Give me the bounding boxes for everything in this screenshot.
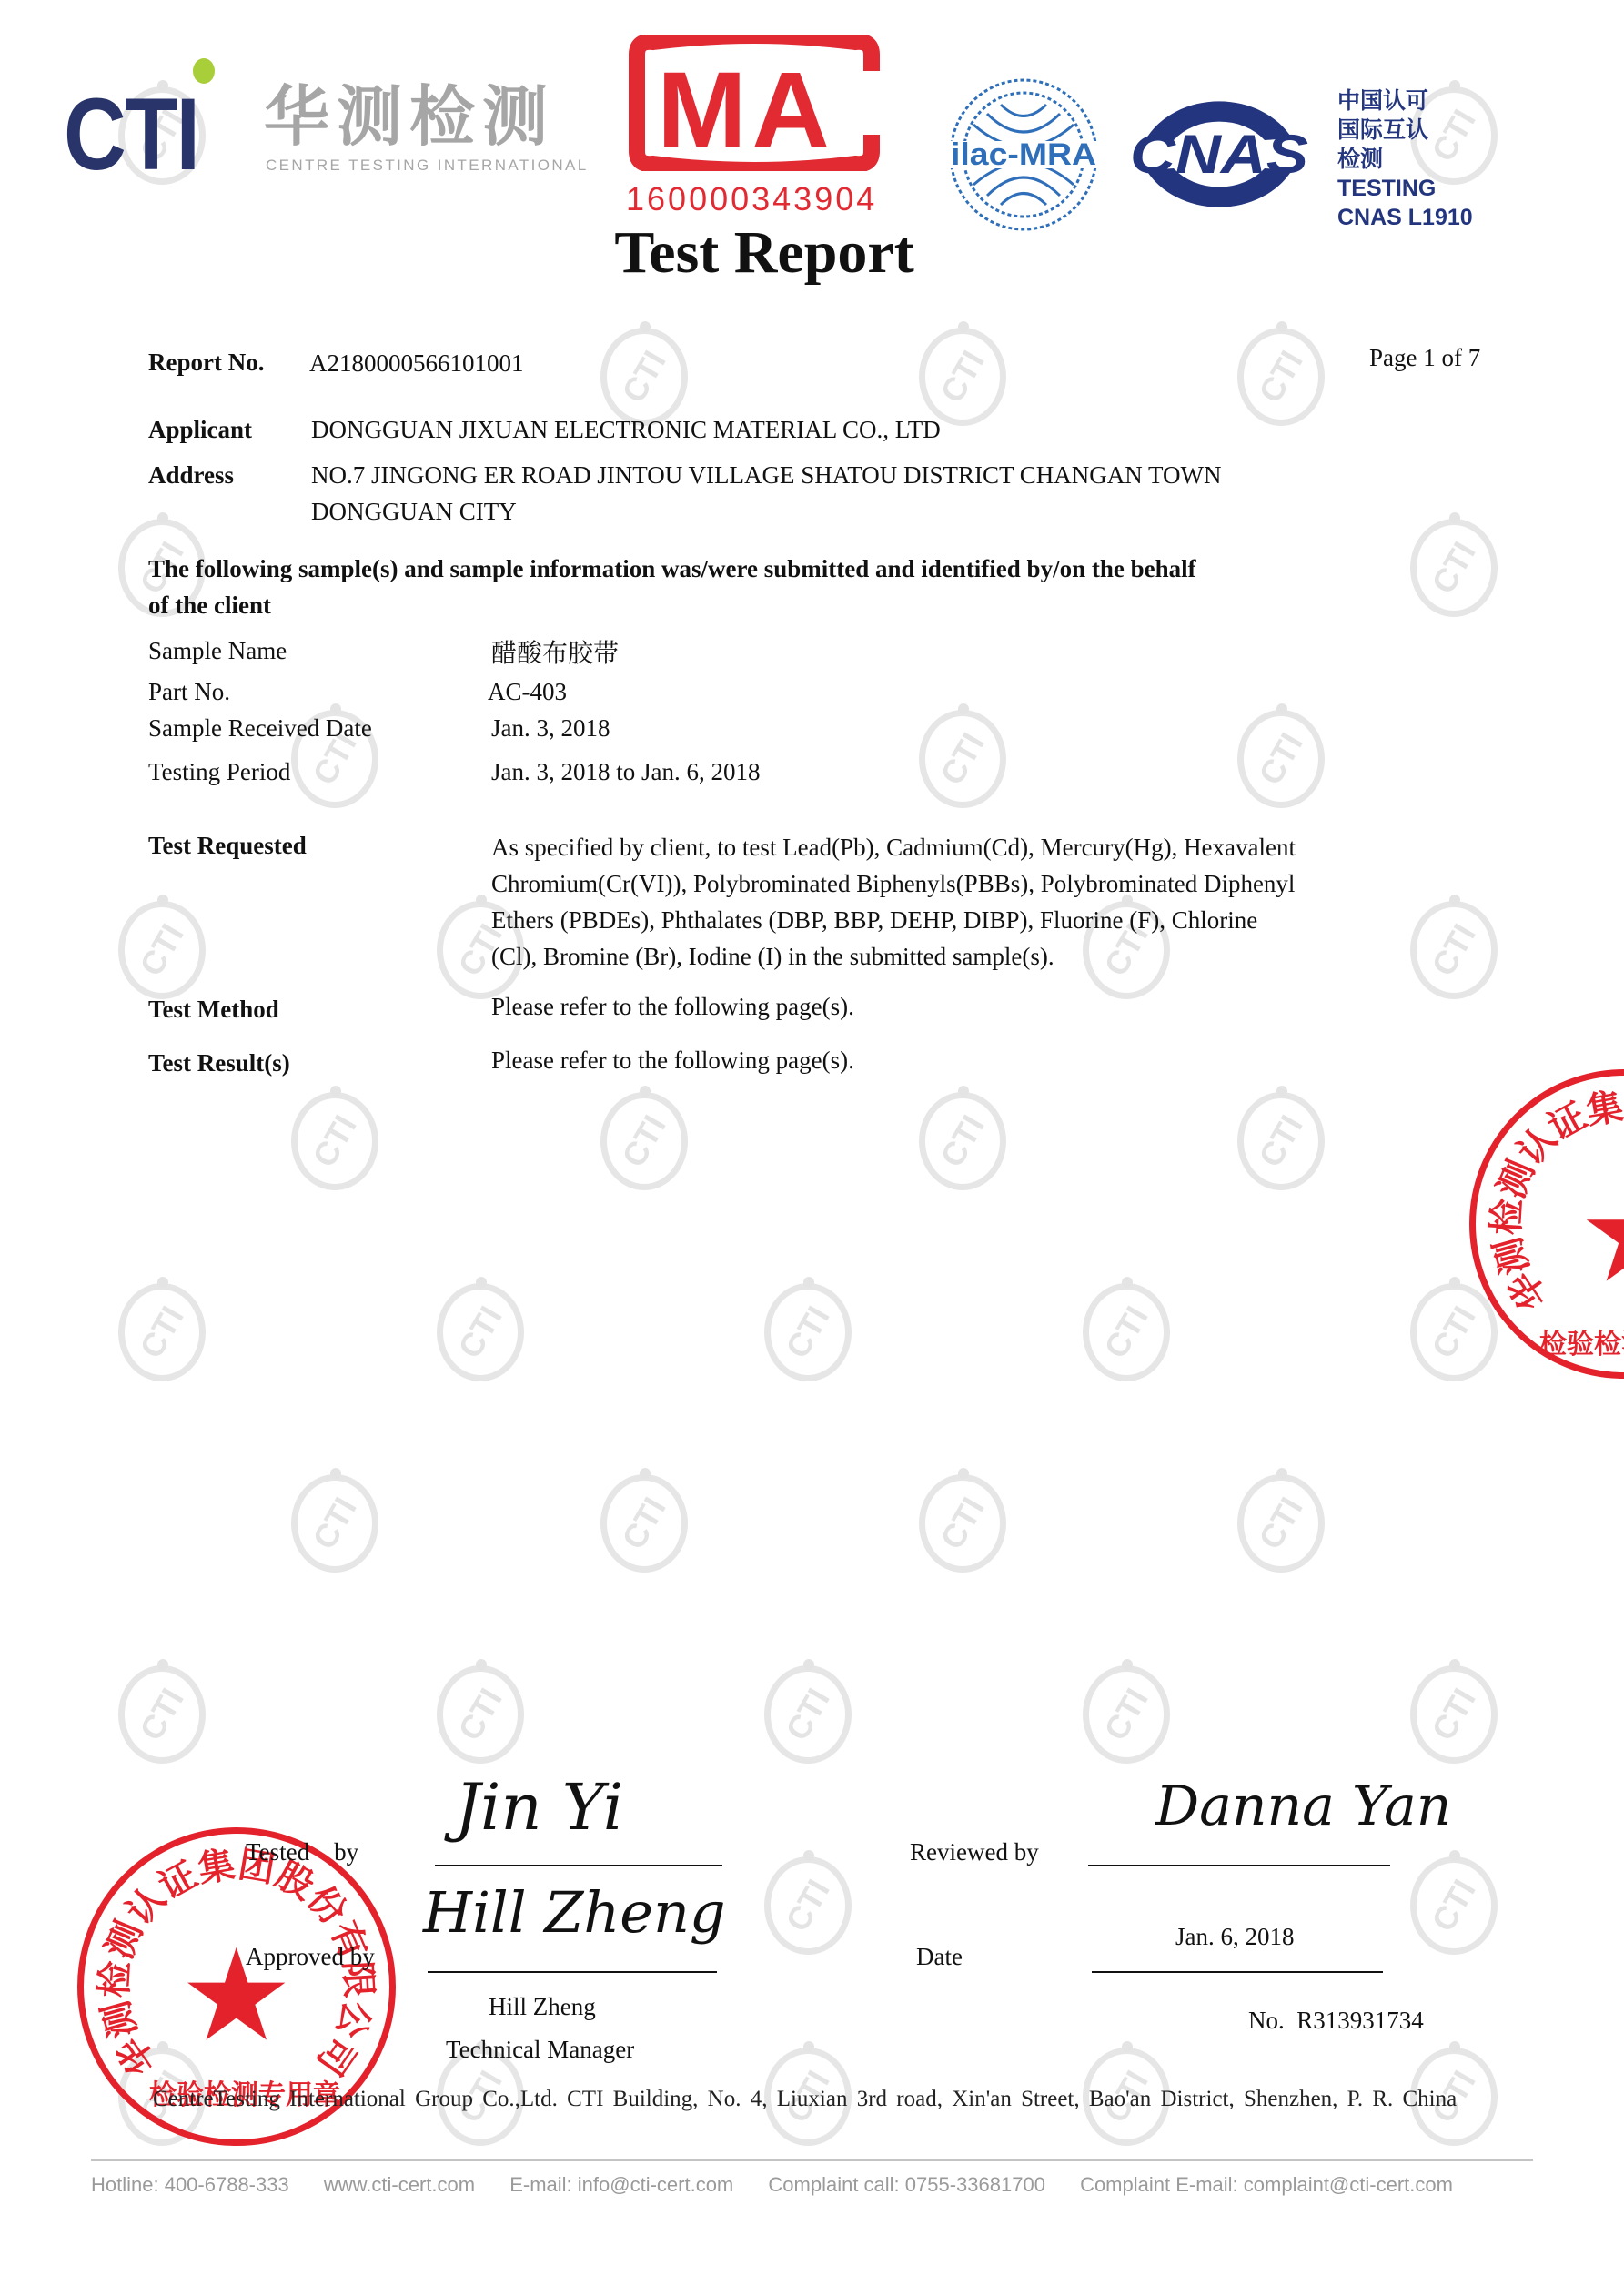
- cti-watermark-icon: CTI: [764, 1856, 852, 1955]
- test-requested-line: Ethers (PBDEs), Phthalates (DBP, BBP, DE…: [491, 902, 1296, 938]
- cti-watermark-icon: CTI: [600, 328, 688, 426]
- cti-watermark-icon: CTI: [1237, 328, 1325, 426]
- footer-divider: [91, 2159, 1533, 2161]
- cnas-line: 检测: [1337, 145, 1473, 174]
- cti-chinese-name: 华测检测: [264, 84, 555, 149]
- cti-watermark-icon: CTI: [600, 1092, 688, 1190]
- intro-line-1: The following sample(s) and sample infor…: [148, 555, 1196, 583]
- page-title-text: Test Report: [614, 219, 913, 286]
- seal-bottom-text: 检验检测专用章: [1539, 1321, 1624, 1361]
- reviewed-by-signature: Danna Yan: [1155, 1775, 1451, 1838]
- cti-watermark-icon: CTI: [919, 1474, 1006, 1573]
- tested-by-line: [435, 1865, 722, 1866]
- cti-watermark-icon: CTI: [291, 1092, 378, 1190]
- cti-logo: CTI: [64, 84, 198, 186]
- test-requested-value: As specified by client, to test Lead(Pb)…: [491, 829, 1296, 975]
- cma-logo: MA: [628, 35, 881, 171]
- cma-number: 160000343904: [626, 180, 877, 218]
- cti-english-name: CENTRE TESTING INTERNATIONAL: [266, 157, 589, 175]
- part-no-value: AC-403: [488, 678, 567, 706]
- cnas-line: TESTING: [1337, 174, 1473, 203]
- approved-by-label: Approved by: [246, 1943, 375, 1971]
- tested-by-signature: Jin Yi: [455, 1770, 623, 1845]
- cti-watermark-icon: CTI: [118, 901, 206, 999]
- reviewed-by-label: Reviewed by: [910, 1838, 1039, 1866]
- sample-name-value: 醋酸布胶带: [491, 633, 619, 670]
- svg-text:ilac-MRA: ilac-MRA: [951, 137, 1096, 172]
- cti-watermark-icon: CTI: [1410, 519, 1498, 617]
- cnas-line: 国际互认: [1337, 116, 1473, 145]
- intro-line-2: of the client: [148, 592, 271, 620]
- cti-watermark-icon: CTI: [1237, 710, 1325, 808]
- cti-watermark-icon: CTI: [919, 710, 1006, 808]
- test-method-value: Please refer to the following page(s).: [491, 993, 854, 1021]
- cnas-accreditation-text: 中国认可 国际互认 检测 TESTING CNAS L1910: [1337, 86, 1473, 232]
- part-no-label: Part No.: [148, 678, 230, 706]
- address-line-2: DONGGUAN CITY: [311, 498, 517, 526]
- cti-watermark-icon: CTI: [600, 1474, 688, 1573]
- cnas-line: 中国认可: [1337, 86, 1473, 116]
- seal-star-icon: ★: [1578, 1167, 1624, 1303]
- testing-period-value: Jan. 3, 2018 to Jan. 6, 2018: [491, 758, 760, 786]
- cti-watermark-icon: CTI: [1410, 901, 1498, 999]
- tested-by-label: Tested by: [246, 1838, 358, 1866]
- test-requested-line: As specified by client, to test Lead(Pb)…: [491, 829, 1296, 865]
- cti-watermark-icon: CTI: [1410, 1856, 1498, 1955]
- cti-watermark-icon: CTI: [118, 1665, 206, 1764]
- cti-watermark-icon: CTI: [1410, 1665, 1498, 1764]
- footer-complaint-email-link[interactable]: Complaint E-mail: complaint@cti-cert.com: [1080, 2173, 1453, 2196]
- date-line: [1092, 1971, 1383, 1973]
- testing-period-label: Testing Period: [148, 758, 290, 786]
- date-label: Date: [916, 1943, 963, 1971]
- test-requested-line: (Cl), Bromine (Br), Iodine (I) in the su…: [491, 938, 1296, 975]
- address-label: Address: [148, 461, 234, 490]
- approved-by-line: [428, 1971, 717, 1973]
- footer-contacts: Hotline: 400-6788-333 www.cti-cert.com E…: [91, 2173, 1482, 2197]
- serial-number: No. R313931734: [1248, 2007, 1424, 2035]
- cti-watermark-icon: CTI: [1083, 1665, 1170, 1764]
- footer-website-link[interactable]: www.cti-cert.com: [324, 2173, 475, 2196]
- footer-complaint-call: Complaint call: 0755-33681700: [768, 2173, 1045, 2196]
- svg-text:CNAS: CNAS: [1130, 124, 1308, 185]
- footer-email-link[interactable]: E-mail: info@cti-cert.com: [509, 2173, 733, 2196]
- report-no-label: Report No.: [148, 349, 264, 377]
- test-result-value: Please refer to the following page(s).: [491, 1047, 854, 1075]
- cti-watermark-icon: CTI: [1237, 1092, 1325, 1190]
- cti-watermark-icon: CTI: [764, 1665, 852, 1764]
- address-line-1: NO.7 JINGONG ER ROAD JINTOU VILLAGE SHAT…: [311, 461, 1222, 490]
- cnas-logo: CNAS: [1128, 84, 1310, 225]
- test-requested-line: Chromium(Cr(VI)), Polybrominated Bipheny…: [491, 865, 1296, 902]
- test-result-label: Test Result(s): [148, 1049, 290, 1077]
- cti-watermark-icon: CTI: [118, 1283, 206, 1381]
- test-requested-label: Test Requested: [148, 832, 307, 860]
- received-date-value: Jan. 3, 2018: [491, 714, 610, 743]
- cti-watermark-icon: CTI: [1083, 1283, 1170, 1381]
- cti-watermark-icon: CTI: [919, 328, 1006, 426]
- page-title: Test Report: [0, 218, 1624, 288]
- sample-name-label: Sample Name: [148, 637, 287, 665]
- approver-name: Hill Zheng: [489, 1993, 596, 2021]
- cti-watermark-icon: CTI: [919, 1092, 1006, 1190]
- cti-watermark-icon: CTI: [764, 1283, 852, 1381]
- applicant-label: Applicant: [148, 416, 252, 444]
- received-date-label: Sample Received Date: [148, 714, 372, 743]
- cti-watermark-icon: CTI: [291, 1474, 378, 1573]
- approver-title: Technical Manager: [446, 2036, 634, 2064]
- svg-text:MA: MA: [657, 50, 835, 170]
- approved-by-signature: Hill Zheng: [423, 1879, 726, 1946]
- reviewed-by-line: [1088, 1865, 1390, 1866]
- report-no-value: A2180000566101001: [309, 349, 524, 378]
- ilac-mra-logo: ilac-MRA: [946, 77, 1101, 232]
- date-value: Jan. 6, 2018: [1175, 1923, 1295, 1951]
- footer-company-address: CentreTesting International Group Co.,Lt…: [153, 2087, 1457, 2112]
- cti-watermark-icon: CTI: [1410, 1283, 1498, 1381]
- cti-watermark-icon: CTI: [437, 1665, 524, 1764]
- test-method-label: Test Method: [148, 996, 279, 1024]
- footer-hotline: Hotline: 400-6788-333: [91, 2173, 289, 2196]
- cti-watermark-icon: CTI: [437, 1283, 524, 1381]
- page-indicator: Page 1 of 7: [1369, 344, 1480, 372]
- cti-watermark-icon: CTI: [1237, 1474, 1325, 1573]
- applicant-value: DONGGUAN JIXUAN ELECTRONIC MATERIAL CO.,…: [311, 416, 941, 444]
